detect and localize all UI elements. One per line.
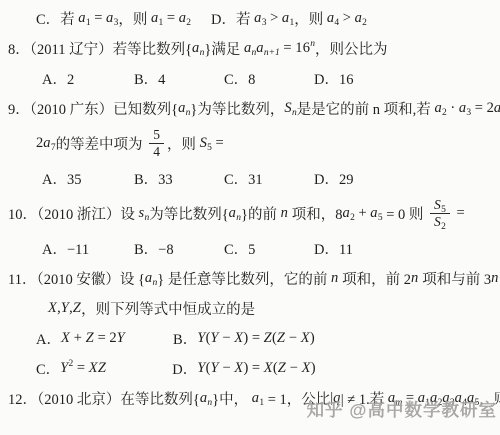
q10-options: A．−11B．−8C．5D．11: [0, 237, 500, 259]
math-var: X: [234, 360, 243, 377]
text-run: ·: [447, 100, 459, 117]
text-run: =: [453, 205, 465, 222]
math-var: Sn: [284, 100, 296, 117]
text-run: 是是它的前 n 项和,若: [297, 98, 435, 119]
option-item: B．33: [134, 168, 224, 189]
q9-stem-line1: 9．（2010 广东）已知数列{an}为等比数列，Sn是是它的前 n 项和,若 …: [0, 97, 500, 119]
text-run: ，则下列等式中恒成立的是: [81, 298, 255, 319]
math-var: X: [264, 360, 273, 377]
q8-stem: 8．（2011 辽宁）若等比数列{an}满足 anan+1 = 16n，则公比为: [0, 37, 500, 59]
text-run: 的等差中项为: [56, 133, 147, 154]
math-var: X: [89, 360, 98, 377]
text-run: }中，: [212, 388, 252, 409]
spacer: [125, 338, 173, 339]
math-var: a4: [455, 390, 467, 407]
text-run: =: [163, 10, 178, 27]
math-var: a3: [442, 390, 454, 407]
math-var: a1: [252, 390, 264, 407]
text-run: 项和与前 3: [419, 268, 492, 289]
q11-options-ab: A．X + Z = 2YB．Y(Y − X) = Z(Z − X): [0, 327, 500, 349]
math-var: Y: [61, 300, 69, 317]
option-item: D．16: [314, 68, 500, 89]
text-run: } 是任意等比数列，它的前: [157, 268, 331, 289]
math-var: an: [229, 205, 241, 222]
text-run: }的前: [241, 203, 281, 224]
option-item: A．2: [42, 68, 134, 89]
math-var: a1: [418, 390, 430, 407]
text-run: =: [280, 40, 295, 57]
text-run: 8．（2011 辽宁）若等比数列{: [8, 38, 192, 59]
math-var: a1: [494, 100, 500, 117]
text-run: ，则: [294, 8, 327, 29]
math-var: a1: [78, 10, 90, 27]
text-run: −: [219, 330, 234, 347]
text-run: ，则: [479, 388, 500, 409]
text-run: +: [70, 330, 85, 347]
text-run: 12．（2010 北京）在等比数列{: [8, 388, 200, 409]
math-var: q: [333, 390, 341, 407]
math-var: Z: [278, 360, 286, 377]
math-var: n: [331, 270, 339, 287]
text-run: B．: [173, 328, 197, 349]
math-var: Y: [210, 330, 218, 347]
text-run: =: [91, 10, 106, 27]
math-var: a7: [43, 135, 55, 152]
q11-options-cd: C．Y2 = XZD．Y(Y − X) = X(Z − X): [0, 357, 500, 379]
worksheet-page: C．若 a1 = a3，则 a1 = a2D．若 a3 > a1，则 a4 > …: [0, 0, 500, 435]
math-var: S5: [434, 197, 446, 212]
text-run: }满足: [204, 38, 244, 59]
math-var: an: [178, 100, 190, 117]
math-var: X: [61, 330, 70, 347]
text-run: ): [311, 360, 316, 377]
option-item: C．31: [224, 168, 314, 189]
fraction-denominator: S2: [430, 214, 450, 230]
math-var: Z: [86, 330, 94, 347]
question-lines: C．若 a1 = a3，则 a1 = a2D．若 a3 > a1，则 a4 > …: [0, 7, 500, 409]
text-run: ，则: [118, 8, 151, 29]
q7-options-cd: C．若 a1 = a3，则 a1 = a2D．若 a3 > a1，则 a4 > …: [0, 7, 500, 29]
math-var: a1: [151, 10, 163, 27]
text-run: A．: [36, 328, 61, 349]
option-item: D．11: [314, 238, 500, 259]
text-run: 2: [36, 135, 43, 152]
text-run: C．若: [36, 8, 78, 29]
text-run: = 2: [471, 100, 494, 117]
math-var: a5: [370, 205, 382, 222]
math-var: Z: [277, 330, 285, 347]
q8-options: A．2B．4C．8D．16: [0, 67, 500, 89]
math-var: X: [301, 330, 310, 347]
text-run: 10．（2010 浙江）设: [8, 203, 139, 224]
text-run: =: [212, 135, 224, 152]
math-var: a2: [430, 390, 442, 407]
math-var: n: [491, 270, 499, 287]
spacer: [106, 368, 172, 369]
math-var: n: [411, 270, 419, 287]
text-run: 项和，前 2: [339, 268, 412, 289]
text-run: 4: [153, 144, 160, 159]
fraction-denominator: 4: [149, 144, 164, 160]
math-var: an: [145, 270, 157, 287]
math-var: Z: [98, 360, 106, 377]
option-item: D．29: [314, 168, 500, 189]
fraction-numerator: S5: [430, 197, 450, 214]
text-run: ): [310, 330, 315, 347]
math-var: an+1: [256, 40, 279, 57]
q10-stem: 10．（2010 浙江）设 sn为等比数列{an}的前 n 项和，8a2 + a…: [0, 197, 500, 229]
math-var: a5: [467, 390, 479, 407]
math-var: an: [192, 40, 204, 57]
text-run: >: [339, 10, 354, 27]
math-var: Y: [197, 330, 205, 347]
math-var: Y: [210, 360, 218, 377]
math-var: a3: [254, 10, 266, 27]
text-run: D．若: [211, 8, 254, 29]
option-item: B．4: [134, 68, 224, 89]
math-var: n: [281, 205, 289, 222]
math-var: an: [244, 40, 256, 57]
text-run: D．: [172, 358, 197, 379]
text-run: 9．（2010 广东）已知数列{: [8, 98, 178, 119]
math-var: sn: [139, 205, 150, 222]
text-run: }为等比数列，: [190, 98, 284, 119]
fraction-numerator: 5: [149, 127, 164, 144]
text-run: = 2: [94, 330, 117, 347]
text-run: −: [286, 360, 301, 377]
math-var: a2: [179, 10, 191, 27]
text-run: =: [73, 360, 88, 377]
option-item: B．−8: [134, 238, 224, 259]
math-var: a2: [343, 205, 355, 222]
math-var: S5: [200, 135, 212, 152]
option-item: A．−11: [42, 238, 134, 259]
fraction: S5S2: [430, 197, 450, 229]
math-var: a3: [106, 10, 118, 27]
q12-stem: 12．（2010 北京）在等比数列{an}中， a1 = 1，公比|q| ≠ 1…: [0, 387, 500, 409]
math-var: a2: [355, 10, 367, 27]
text-run: ) =: [243, 360, 263, 377]
text-run: −: [285, 330, 300, 347]
text-run: >: [266, 10, 281, 27]
math-var: X: [234, 330, 243, 347]
text-run: +: [355, 205, 370, 222]
math-var: S2: [434, 214, 446, 229]
text-run: =: [402, 390, 417, 407]
text-run: −: [219, 360, 234, 377]
math-var: Y2: [60, 360, 73, 377]
math-var: X: [48, 300, 57, 317]
spacer: [191, 18, 211, 19]
option-item: C．8: [224, 68, 314, 89]
text-run: = 0 则: [383, 203, 427, 224]
math-var: Z: [73, 300, 81, 317]
math-var: am: [388, 390, 402, 407]
math-var: a2: [434, 100, 446, 117]
text-run: C．: [36, 358, 60, 379]
q11-stem-line2: X,Y,Z，则下列等式中恒成立的是: [0, 297, 500, 319]
q9-stem-line2: 2a7的等差中项为 54，则 S5 =: [0, 127, 500, 159]
text-run: 为等比数列{: [149, 203, 228, 224]
math-var: X: [302, 360, 311, 377]
math-var: a1: [282, 10, 294, 27]
math-var: 16n: [295, 40, 315, 57]
math-var: Z: [264, 330, 272, 347]
text-run: | ≠ 1.若: [341, 388, 388, 409]
text-run: 项和，8: [288, 203, 342, 224]
option-item: A．35: [42, 168, 134, 189]
text-run: 11．（2010 安徽）设 {: [8, 268, 145, 289]
text-run: ) =: [243, 330, 263, 347]
math-var: an: [200, 390, 212, 407]
math-var: a3: [459, 100, 471, 117]
math-var: Y: [197, 360, 205, 377]
math-var: Y: [117, 330, 125, 347]
q9-options: A．35B．33C．31D．29: [0, 167, 500, 189]
fraction: 54: [149, 127, 164, 159]
text-run: ，则: [167, 133, 200, 154]
text-run: = 1，公比: [264, 388, 330, 409]
math-var: a4: [327, 10, 339, 27]
option-item: C．5: [224, 238, 314, 259]
q11-stem-line1: 11．（2010 安徽）设 {an} 是任意等比数列，它的前 n 项和，前 2n…: [0, 267, 500, 289]
text-run: ，则公比为: [315, 38, 388, 59]
text-run: 5: [153, 127, 160, 142]
